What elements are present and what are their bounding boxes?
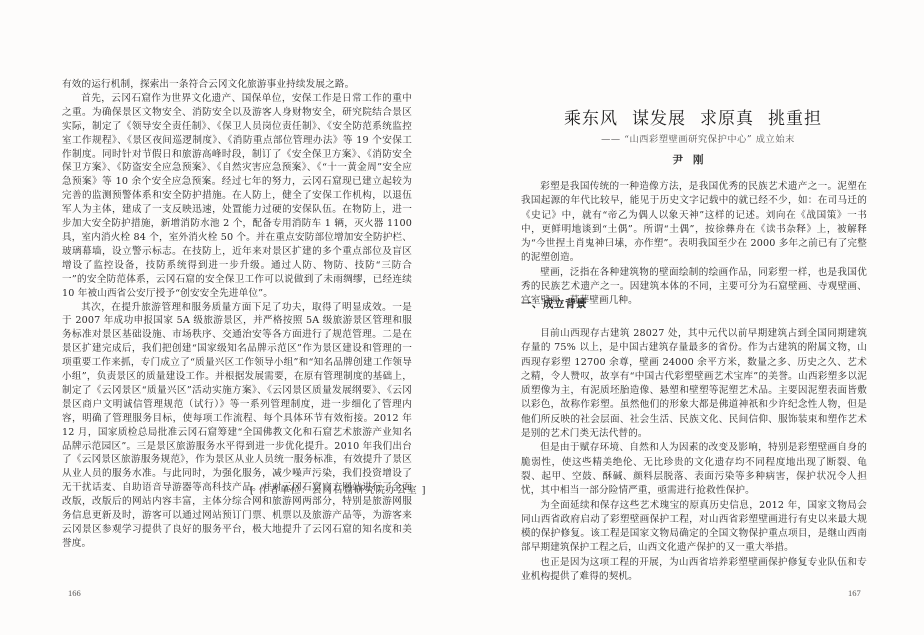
article-subtitle: —— “山西彩塑壁画研究保护中心” 成立始末 xyxy=(462,131,924,145)
paragraph: 也正是因为这项工程的开展，为山西省培养彩塑壁画保护修复专业队伍和专业机构提供了难… xyxy=(521,556,867,585)
paragraph: 但是由于赋存环境、自然和人为因素的改变及影响，特别是彩塑壁画自身的脆弱性，使这些… xyxy=(521,441,867,498)
title-part: 乘东风 xyxy=(564,109,618,129)
section-heading: 一、成立背景 xyxy=(521,296,587,311)
left-page-body: 有效的运行机制，探索出一条符合云冈文化旅游事业持续发展之路。 首先，云冈石窟作为… xyxy=(62,78,412,551)
article-title: 乘东风谋发展求原真挑重担 xyxy=(462,104,924,129)
title-part: 挑重担 xyxy=(768,109,822,129)
paragraph: 首先，云冈石窟作为世界文化遗产、国保单位，安保工作是日常工作的重中之重。为确保景… xyxy=(62,92,412,301)
right-page: 乘东风谋发展求原真挑重担 —— “山西彩塑壁画研究保护中心” 成立始末 尹刚 彩… xyxy=(462,0,924,635)
paragraph: 为全面延续和保存这些艺术瑰宝的原真历史信息，2012 年，国家文物局会同山西省政… xyxy=(521,499,867,556)
page-number: 166 xyxy=(68,588,81,598)
paragraph: 彩塑是我国传统的一种造像方法，是我国优秀的民族艺术遗产之一。泥塑在我国起源的年代… xyxy=(521,180,867,266)
intro-body: 彩塑是我国传统的一种造像方法，是我国优秀的民族艺术遗产之一。泥塑在我国起源的年代… xyxy=(521,180,867,309)
paragraph: 有效的运行机制，探索出一条符合云冈文化旅游事业持续发展之路。 xyxy=(62,78,412,92)
page-number: 167 xyxy=(848,588,861,598)
left-page: 有效的运行机制，探索出一条符合云冈文化旅游事业持续发展之路。 首先，云冈石窟作为… xyxy=(0,0,462,635)
title-part: 求原真 xyxy=(700,109,754,129)
paragraph: 其次，在提升旅游管理和服务质量方面下足了功夫，取得了明显成效。一是于 2007 … xyxy=(62,301,412,551)
paragraph: 目前山西现存古建筑 28027 处，其中元代以前早期建筑占到全国同期建筑存量的 … xyxy=(521,327,867,441)
title-part: 谋发展 xyxy=(632,109,686,129)
author-affiliation: [ 作者单位：云冈石窟研究院办公室 ] xyxy=(250,482,427,496)
book-spread: 有效的运行机制，探索出一条符合云冈文化旅游事业持续发展之路。 首先，云冈石窟作为… xyxy=(0,0,924,635)
section-body: 目前山西现存古建筑 28027 处，其中元代以前早期建筑占到全国同期建筑存量的 … xyxy=(521,327,867,584)
article-author: 尹刚 xyxy=(462,152,924,167)
